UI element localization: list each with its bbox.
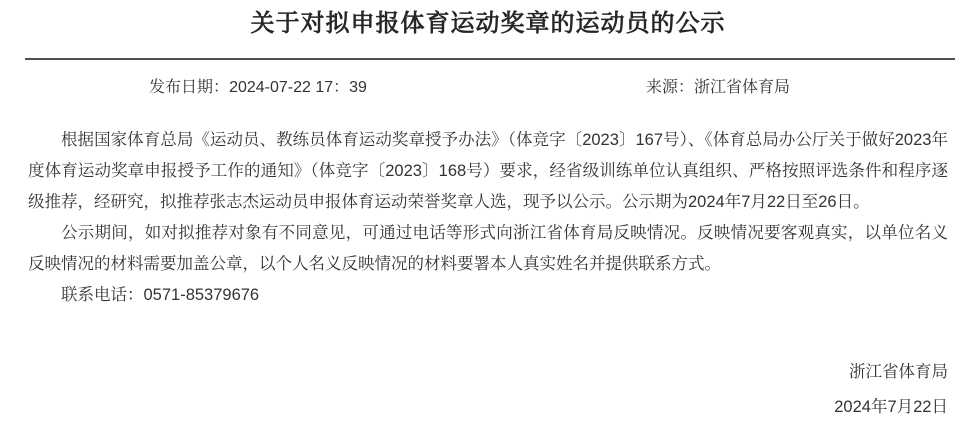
source: 来源：浙江省体育局 (488, 77, 948, 99)
page-title: 关于对拟申报体育运动奖章的运动员的公示 (28, 9, 948, 39)
title-divider (25, 58, 955, 60)
announcement-body: 根据国家体育总局《运动员、教练员体育运动奖章授予办法》（体竞字〔2023〕167… (28, 125, 948, 311)
meta-bar: 发布日期：2024-07-22 17：39 来源：浙江省体育局 (28, 77, 948, 99)
source-value: 浙江省体育局 (694, 79, 790, 96)
paragraph-feedback: 公示期间，如对拟推荐对象有不同意见，可通过电话等形式向浙江省体育局反映情况。反映… (28, 218, 948, 280)
signature-date: 2024年7月22日 (28, 390, 948, 425)
signature-org: 浙江省体育局 (28, 355, 948, 390)
paragraph-basis: 根据国家体育总局《运动员、教练员体育运动奖章授予办法》（体竞字〔2023〕167… (28, 125, 948, 218)
contact-phone: 联系电话：0571-85379676 (28, 280, 948, 311)
publish-date-value: 2024-07-22 17：39 (229, 79, 367, 96)
announcement-document: 关于对拟申报体育运动奖章的运动员的公示 发布日期：2024-07-22 17：3… (0, 0, 960, 434)
publish-date: 发布日期：2024-07-22 17：39 (28, 77, 488, 99)
publish-date-label: 发布日期： (149, 79, 229, 96)
source-label: 来源： (646, 79, 694, 96)
signature-block: 浙江省体育局 2024年7月22日 (28, 355, 948, 425)
